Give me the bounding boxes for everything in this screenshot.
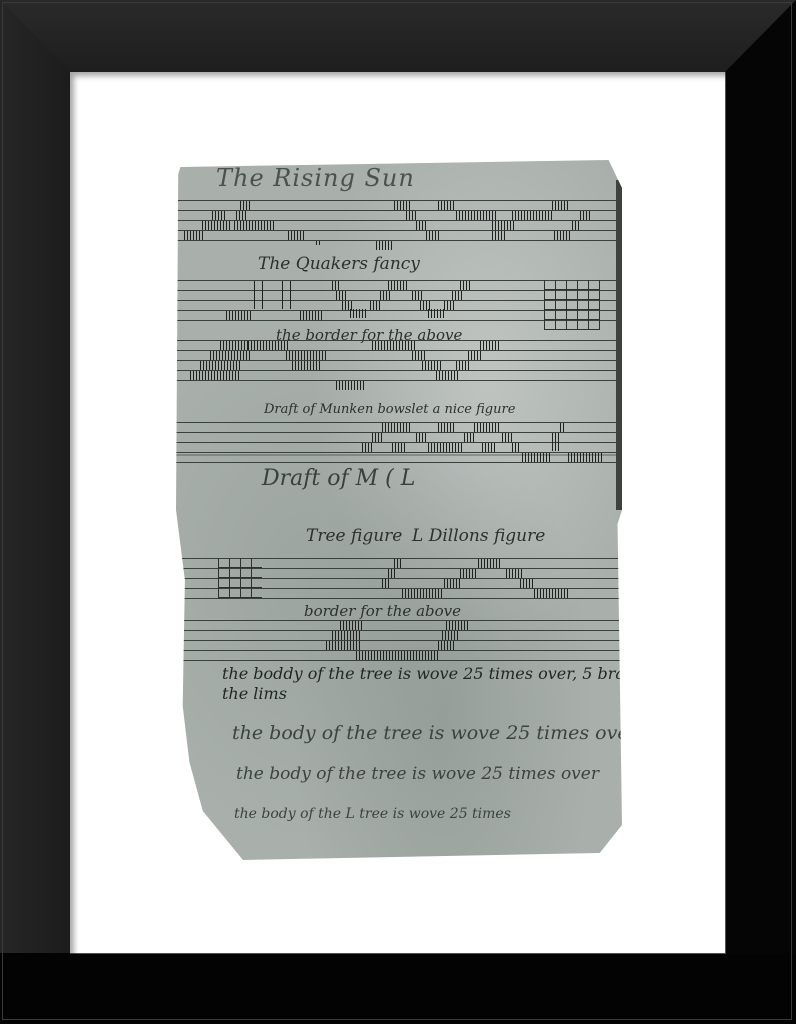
frame-top-bevel — [0, 0, 796, 72]
section-label-tree: Tree figure — [306, 526, 402, 546]
note-line-2: the lims — [222, 684, 287, 703]
frame-left-bevel — [0, 0, 70, 1024]
draft-staff-rising-sun — [176, 200, 622, 240]
frame-right-bevel — [725, 0, 796, 1024]
note-line-5: the body of the L tree is wove 25 times — [234, 806, 511, 822]
draft-staff-border-2 — [176, 620, 622, 660]
manuscript-page: The Rising Sun The Quakers fancy — [176, 160, 622, 860]
note-line-3: the body of the tree is wove 25 times ov… — [232, 722, 638, 744]
draft-staff-quakers-fancy — [176, 280, 622, 320]
frame-bottom-bevel — [0, 953, 796, 1024]
draft-staff-border — [176, 340, 622, 380]
section-label-dillon: L Dillons figure — [412, 526, 545, 546]
draft-staff-tree — [176, 558, 622, 598]
tree-tie-up-grid — [218, 558, 262, 598]
section-label-quakers: The Quakers fancy — [258, 254, 420, 274]
manuscript-title: The Rising Sun — [216, 164, 415, 192]
section-label-draft-m: Draft of M ( L — [262, 466, 415, 491]
note-line-4: the body of the tree is wove 25 times ov… — [236, 764, 599, 784]
section-label-border2: border for the above — [304, 602, 461, 620]
tie-up-grid — [544, 280, 600, 330]
section-label-draft: Draft of Munken bowslet a nice figure — [264, 402, 515, 417]
draft-staff-munken — [176, 422, 622, 462]
